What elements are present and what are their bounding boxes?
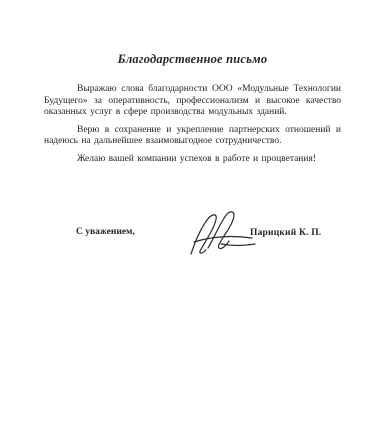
signer-name: Парицкий К. П. bbox=[250, 228, 321, 238]
letter-page: Благодарственное письмо Выражаю слова бл… bbox=[0, 0, 385, 446]
letter-paragraph: Выражаю слова благодарности ООО «Модульн… bbox=[44, 84, 341, 119]
closing-salutation: С уважением, bbox=[76, 227, 135, 237]
letter-paragraph: Желаю вашей компании успехов в работе и … bbox=[44, 154, 341, 166]
letter-body: Выражаю слова благодарности ООО «Модульн… bbox=[44, 84, 341, 165]
letter-title: Благодарственное письмо bbox=[0, 52, 385, 66]
signature-row: С уважением, Парицкий К. П. bbox=[44, 210, 341, 260]
letter-paragraph: Верю в сохранение и укрепление партнерск… bbox=[44, 125, 341, 148]
handwritten-signature-icon bbox=[188, 210, 258, 257]
